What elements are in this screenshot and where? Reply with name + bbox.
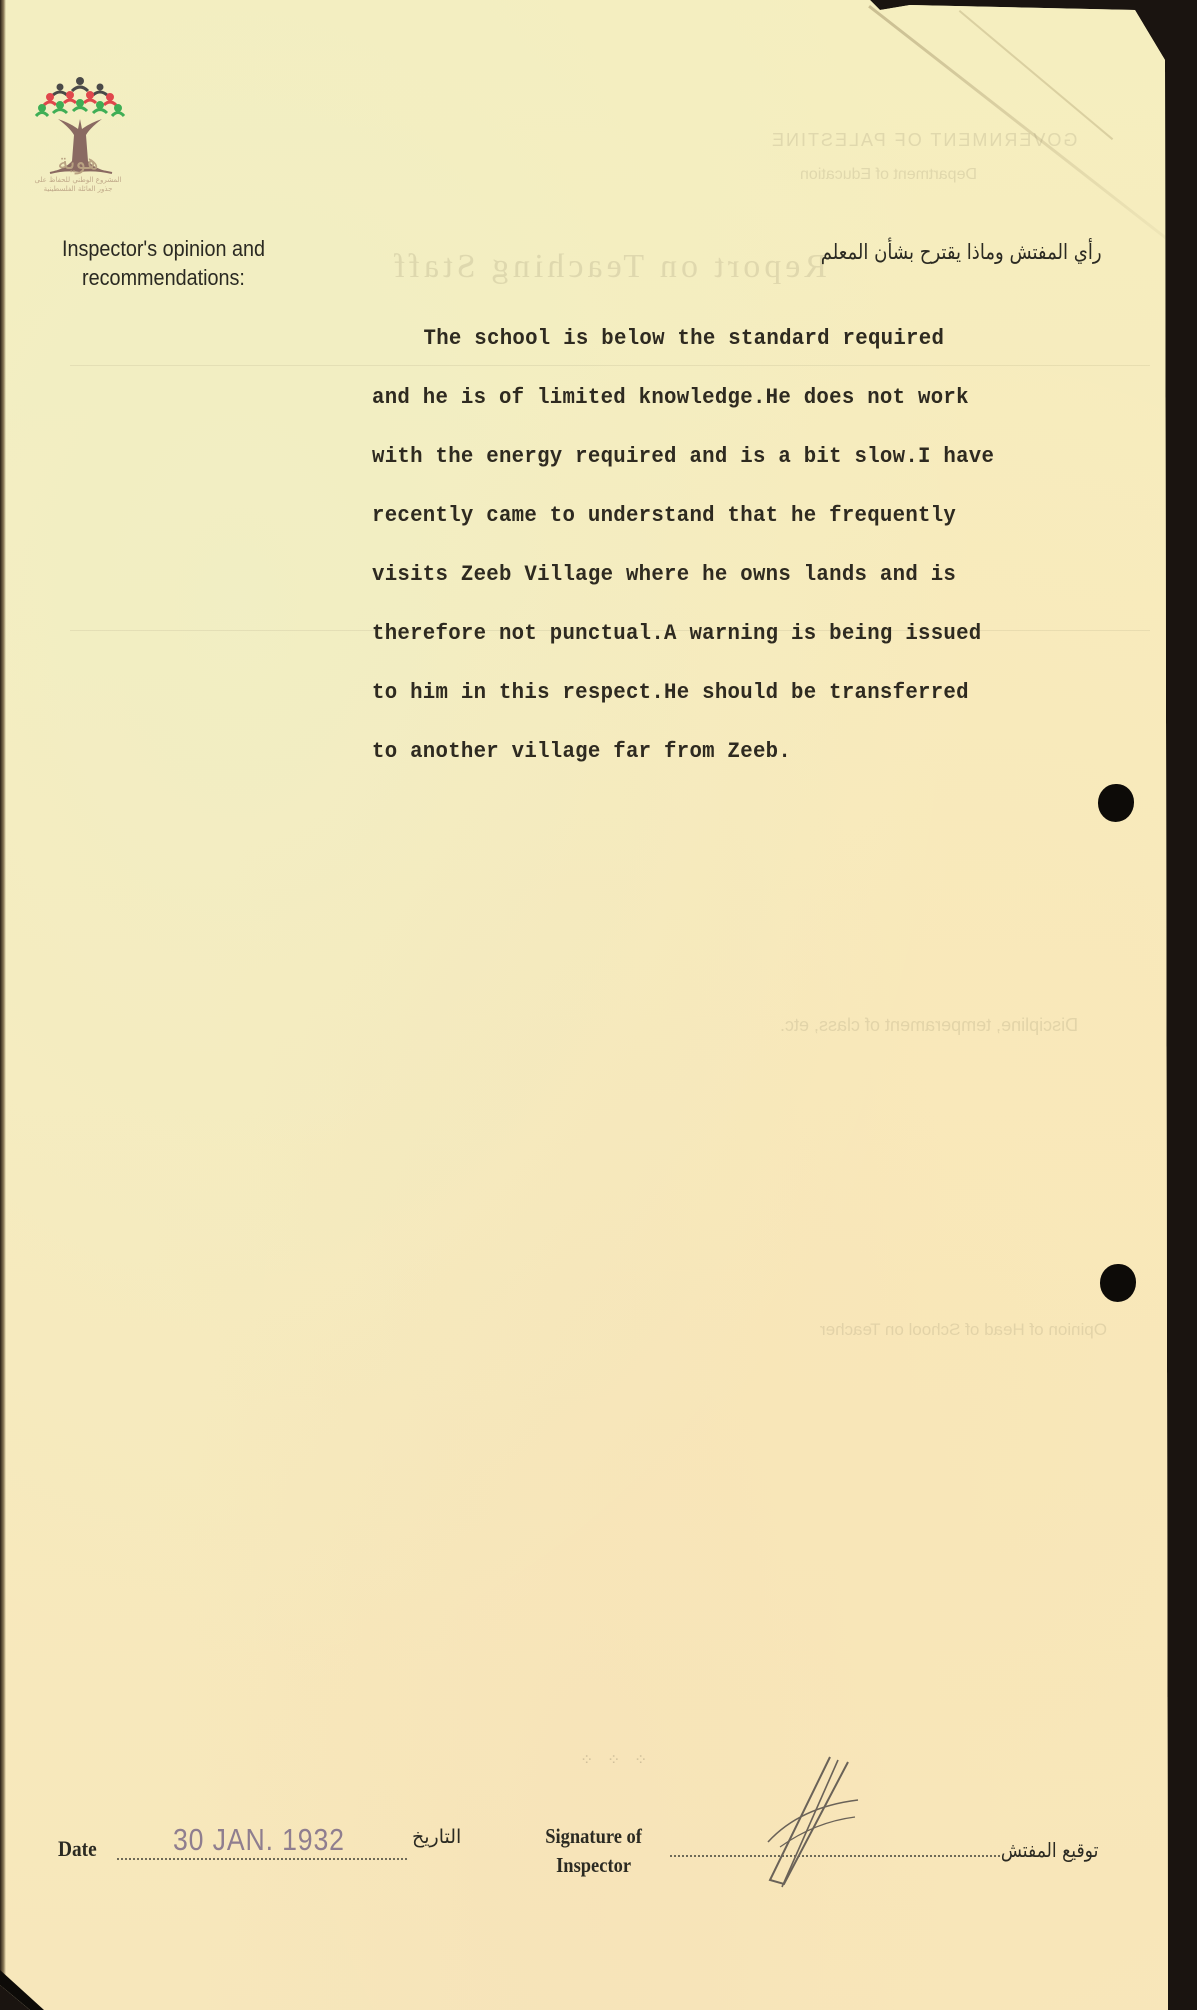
faint-stamp-mark: ⁘ ⁘ ⁘ <box>580 1750 649 1770</box>
scan-edge <box>0 0 6 2010</box>
section-label-en: Inspector's opinion and recommendations: <box>42 234 285 292</box>
bleed-through-discipline: Discipline, temperament of class, etc. <box>780 1015 1078 1036</box>
section-label-ar: رأي المفتش وماذا يقترح بشأن المعلم <box>821 240 1102 264</box>
torn-corner <box>0 1970 44 2010</box>
date-stamp: 30 JAN. 1932 <box>173 1822 345 1858</box>
bleed-through-subheader: Department of Education <box>800 166 977 184</box>
typed-recommendation: The school is below the standard require… <box>372 318 1132 790</box>
punch-hole <box>1098 784 1134 822</box>
body-line: The school is below the standard require… <box>372 318 1071 377</box>
body-line: to him in this respect.He should be tran… <box>372 672 1071 731</box>
logo-subtitle: المشروع الوطني للحفاظ على <box>28 176 128 185</box>
date-label-ar: التاريخ <box>412 1826 461 1848</box>
signature-label-ar: توقيع المفتش <box>1001 1838 1098 1862</box>
section-label-line: recommendations: <box>42 263 285 292</box>
date-label: Date <box>58 1836 97 1862</box>
punch-hole <box>1100 1264 1136 1302</box>
body-line: to another village far from Zeeb. <box>372 731 1071 790</box>
bleed-through-header: GOVERNMENT OF PALESTINE <box>770 130 1077 151</box>
body-line: therefore not punctual.A warning is bein… <box>372 613 1071 672</box>
logo-subtitle: جذور العائلة الفلسطينية <box>28 185 128 194</box>
paper-crease <box>868 5 1169 241</box>
date-field-line <box>117 1858 407 1860</box>
logo-caption: هوية المشروع الوطني للحفاظ على جذور العا… <box>28 150 128 194</box>
body-line: and he is of limited knowledge.He does n… <box>372 377 1071 436</box>
body-line: recently came to understand that he freq… <box>372 495 1071 554</box>
section-label-line: Inspector's opinion and <box>42 234 285 263</box>
handwritten-signature <box>760 1752 880 1892</box>
body-line: with the energy required and is a bit sl… <box>372 436 1071 495</box>
signature-label-line: Inspector <box>532 1851 655 1880</box>
paper-crease <box>959 10 1113 140</box>
signature-label: Signature of Inspector <box>532 1822 655 1880</box>
logo-title: هوية <box>28 150 128 176</box>
body-line: visits Zeeb Village where he owns lands … <box>372 554 1071 613</box>
bleed-through-head-opinion: Opinion of Head of School on Teacher <box>820 1320 1107 1340</box>
bleed-through-title: Report on Teaching Staff <box>390 248 827 286</box>
signature-label-line: Signature of <box>532 1822 655 1851</box>
document-page: GOVERNMENT OF PALESTINE Department of Ed… <box>0 0 1190 2010</box>
